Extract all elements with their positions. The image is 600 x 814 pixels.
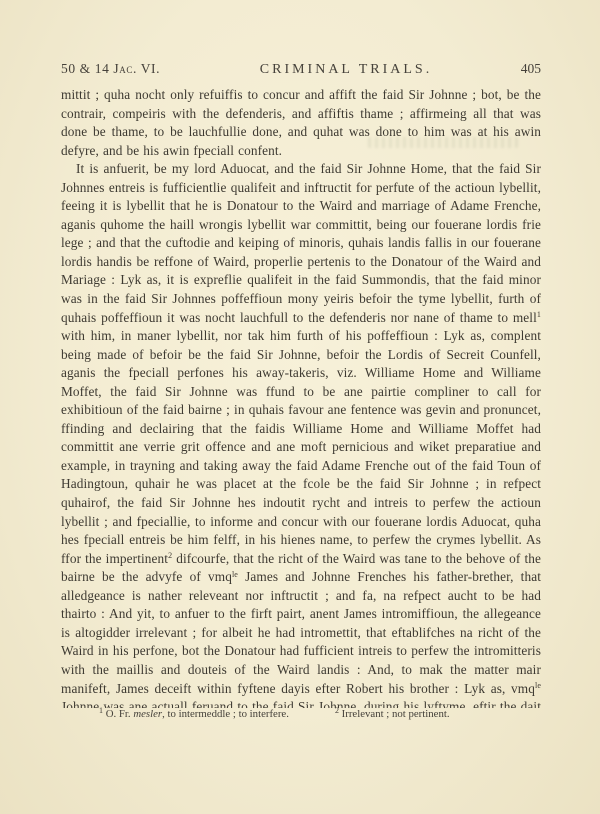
page-number: 405 [481, 61, 541, 77]
footnote: 1 O. Fr. mesler, to intermeddle ; to int… [99, 708, 289, 720]
footnote: 2 Irrelevant ; not pertinent. [335, 708, 450, 720]
running-title: CRIMINAL TRIALS. [211, 62, 481, 78]
superscript-marker: le [535, 681, 541, 690]
superscript-marker: le [232, 570, 238, 579]
paragraph: mittit ; quha nocht only refuiffis to co… [61, 86, 541, 160]
superscript-marker: 2 [335, 706, 339, 715]
superscript-marker: 1 [537, 310, 541, 319]
footnotes: 1 O. Fr. mesler, to intermeddle ; to int… [61, 708, 541, 720]
paragraph: It is anfuerit, be my lord Aduocat, and … [61, 160, 541, 708]
book-page: 50 & 14 Jac. VI. CRIMINAL TRIALS. 405 mi… [0, 0, 600, 814]
page-header: 50 & 14 Jac. VI. CRIMINAL TRIALS. 405 [61, 61, 541, 78]
body-text: mittit ; quha nocht only refuiffis to co… [61, 86, 541, 708]
header-citation: 50 & 14 Jac. VI. [61, 61, 211, 77]
superscript-marker: 2 [168, 551, 172, 560]
superscript-marker: 1 [99, 706, 103, 715]
